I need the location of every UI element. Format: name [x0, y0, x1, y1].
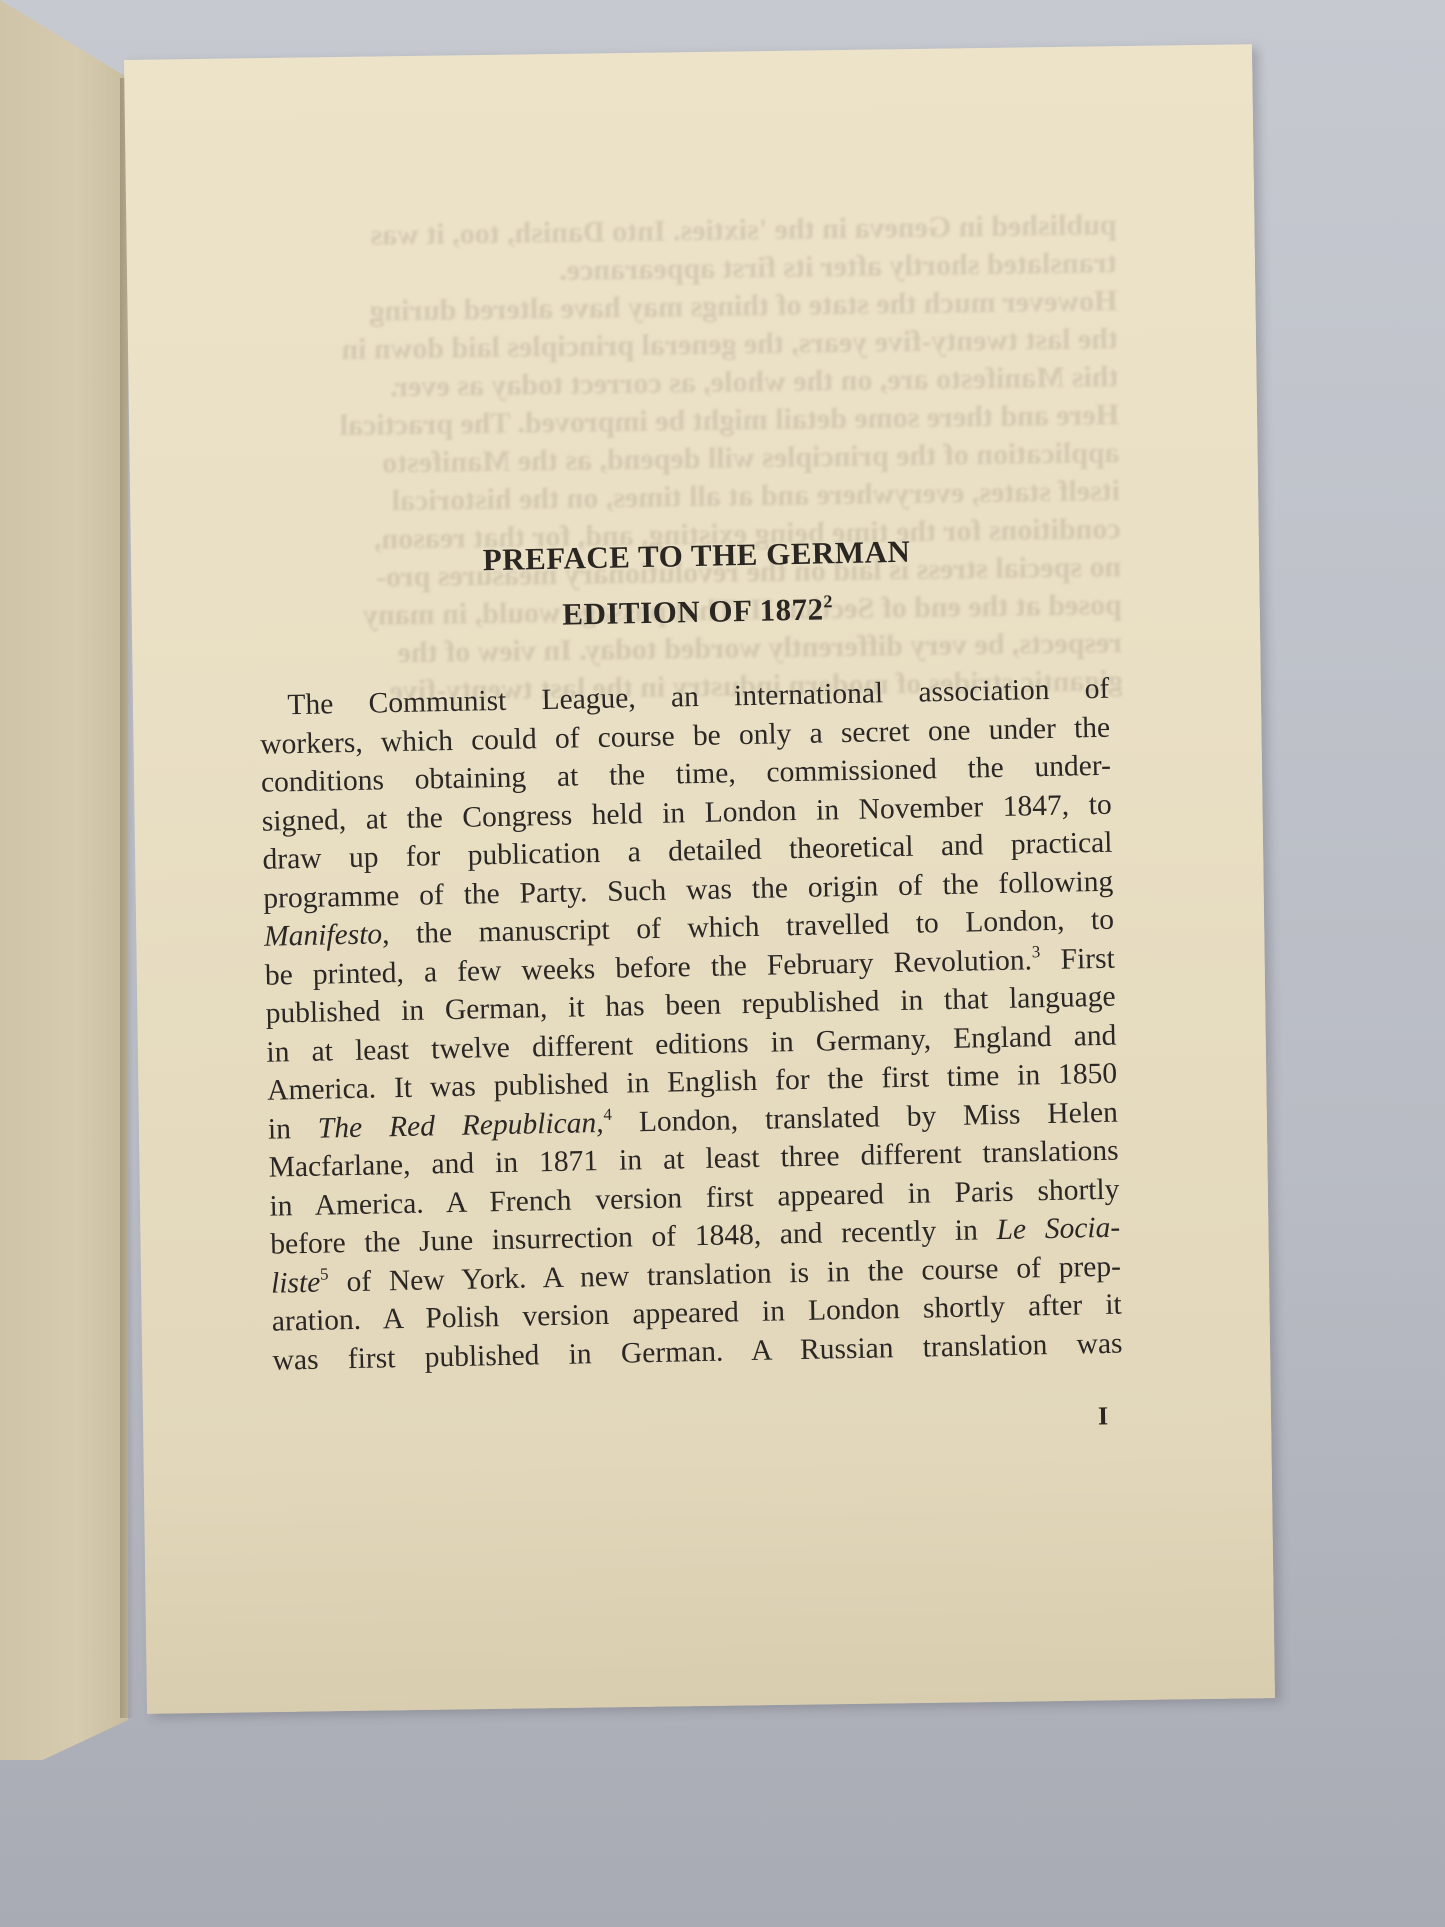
- page-number: I: [1098, 1401, 1109, 1431]
- body-paragraph: The Communist League, an international a…: [259, 670, 1123, 1380]
- text-segment: First: [1040, 942, 1115, 975]
- italic-text: liste: [271, 1266, 321, 1299]
- footnote-marker: 5: [320, 1264, 329, 1283]
- page-content: PREFACE TO THE GERMAN EDITION OF 18722 T…: [256, 524, 1123, 1380]
- facing-left-page: [0, 0, 128, 1760]
- title-footnote-marker: 2: [823, 591, 833, 611]
- text-segment: London, translated by Miss Helen: [612, 1096, 1118, 1138]
- italic-text: Le Socia-: [996, 1212, 1120, 1246]
- book-page: published in Geneva in the 'sixties. Int…: [124, 44, 1275, 1714]
- page-title: PREFACE TO THE GERMAN EDITION OF 18722: [286, 524, 1108, 644]
- text-segment: in: [268, 1112, 319, 1145]
- italic-text: The Red Republican,: [318, 1106, 604, 1144]
- italic-text: Manifesto: [264, 918, 383, 952]
- footnote-marker: 3: [1032, 942, 1041, 961]
